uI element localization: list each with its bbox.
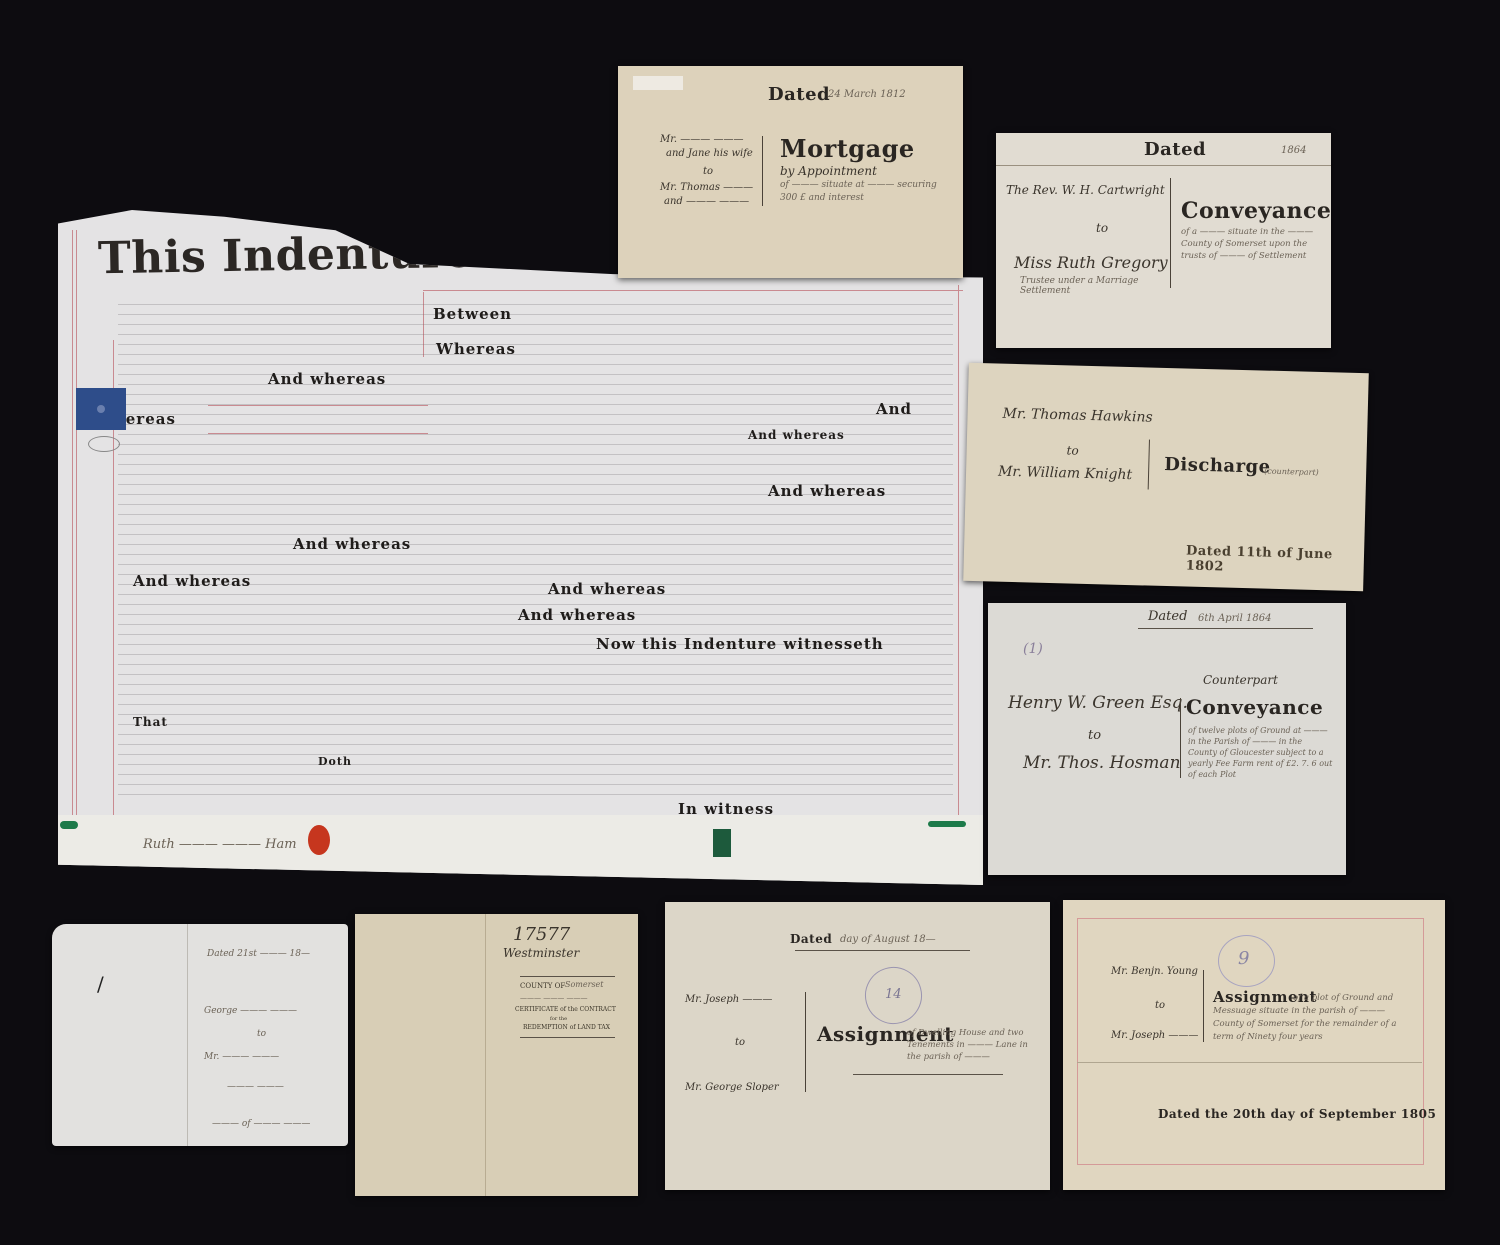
assignment-description: of Dwelling House and two Tenements in —… — [907, 1027, 1042, 1063]
rule-line — [853, 1074, 1003, 1075]
certificate-number: 17577 — [513, 924, 570, 945]
recital-heading: And whereas — [768, 482, 886, 500]
discharge-document: Mr. Thomas Hawkins to Mr. William Knight… — [963, 363, 1369, 591]
indenture-document: This Indenture Between Whereas And where… — [58, 210, 983, 885]
to-label: to — [1096, 221, 1108, 235]
dated-year: 1864 — [1281, 145, 1306, 156]
signature-strip: Ruth ——— ——— Ham — [58, 815, 983, 885]
conveyance-document-1864: Dated 1864 The Rev. W. H. Cartwright to … — [996, 133, 1331, 348]
reference-number: 14 — [885, 987, 902, 1002]
assignment-document-1805: 9 Mr. Benjn. Young to Mr. Joseph ——— Ass… — [1063, 900, 1445, 1190]
recital-heading: And — [876, 400, 912, 418]
embossed-stamp-icon — [88, 436, 120, 452]
counterpart-label: Counterpart — [1203, 673, 1278, 687]
land-tax-certificate-document: 17577 Westminster COUNTY OF Somerset ———… — [355, 914, 638, 1196]
letter-footer: ——— of ——— ——— — [212, 1119, 310, 1129]
dated-line: Dated the 20th day of September 1805 — [1158, 1107, 1436, 1121]
to-label: to — [257, 1029, 266, 1039]
rule-line — [423, 290, 963, 291]
party-to-2: and ——— ——— — [664, 196, 749, 207]
reference-number: 9 — [1238, 948, 1249, 969]
conveyance-title: Conveyance — [1186, 695, 1323, 719]
dated-detail: 6th April 1864 — [1198, 613, 1271, 624]
doth-heading: Doth — [318, 755, 352, 768]
fold-line — [485, 914, 486, 1196]
assignment-description: of a plot of Ground and Messuage situate… — [1213, 992, 1413, 1044]
conveyance-document-green-hosman: Dated 6th April 1864 (1) Counterpart Hen… — [988, 603, 1346, 875]
indenture-title: This Indenture — [98, 227, 474, 285]
recital-heading: And whereas — [518, 606, 636, 624]
fold-line — [187, 924, 188, 1146]
mortgage-subtitle: by Appointment — [780, 164, 877, 178]
dated-heading: Dated — [1148, 609, 1187, 624]
party-from: The Rev. W. H. Cartwright — [1006, 183, 1165, 197]
label-sticker — [633, 76, 683, 90]
dated-detail: day of August 18— — [840, 934, 936, 945]
mortgage-description: of ——— situate at ——— securing 300 £ and… — [780, 179, 950, 205]
margin-line — [76, 230, 77, 820]
for-the-label: for the — [550, 1016, 567, 1022]
letter-note: ——— ——— — [227, 1082, 284, 1092]
party-from-2: and Jane his wife — [666, 148, 753, 159]
margin-line — [72, 230, 73, 820]
party-from: Mr. Thomas Hawkins — [1002, 406, 1153, 426]
blue-duty-stamp — [76, 388, 126, 430]
brace — [1168, 178, 1171, 288]
to-label: to — [703, 166, 713, 177]
mortgage-document: Dated 24 March 1812 Mr. ——— ——— and Jane… — [618, 66, 963, 278]
dated-heading: Dated — [1144, 139, 1206, 160]
green-tab-icon — [928, 821, 966, 827]
certificate-line2: ——— ——— ——— — [520, 994, 587, 1002]
dated-heading: Dated — [768, 84, 830, 105]
brace — [1178, 698, 1181, 778]
rule-line — [795, 950, 970, 951]
party-from: Mr. ——— ——— — [660, 134, 743, 145]
recital-heading: And whereas — [748, 428, 845, 442]
stamp-emblem-icon — [97, 405, 105, 413]
recital-heading: And whereas — [548, 580, 666, 598]
to-label: to — [1066, 443, 1078, 457]
green-seal-icon — [713, 829, 731, 857]
rule-line — [520, 1037, 615, 1038]
between-heading: Between — [433, 305, 512, 323]
reference-number: (1) — [1023, 641, 1043, 657]
mortgage-title: Mortgage — [780, 134, 915, 163]
green-tab-icon — [60, 821, 78, 829]
redemption-label: REDEMPTION of LAND TAX — [523, 1024, 610, 1031]
dated-detail: 24 March 1812 — [828, 89, 906, 100]
folio-mark: / — [97, 972, 104, 996]
party-to: Mr. ——— ——— — [204, 1052, 279, 1062]
rule-line — [1138, 628, 1313, 629]
brace — [758, 136, 763, 206]
margin-line — [958, 285, 959, 820]
dated-heading: Dated — [790, 932, 832, 946]
party-to: Mr. George Sloper — [685, 1082, 779, 1093]
brace — [803, 992, 806, 1092]
party-to: Mr. William Knight — [998, 464, 1132, 484]
folded-letter-document: Dated 21st ——— 18— / George ——— ——— to M… — [52, 924, 348, 1146]
certificate-contract-label: CERTIFICATE of the CONTRACT — [515, 1006, 616, 1013]
whereas-heading: Whereas — [436, 340, 516, 358]
recital-heading: And whereas — [293, 535, 411, 553]
witnesseth-heading: Now this Indenture witnesseth — [596, 635, 884, 653]
conveyance-title: Conveyance — [1181, 198, 1331, 224]
party-to: Mr. Thomas ——— — [660, 182, 753, 193]
red-wax-seal-icon — [308, 825, 330, 855]
discharge-title-note: (counterpart) — [1264, 467, 1319, 477]
to-label: to — [1155, 1000, 1165, 1011]
recital-heading: And whereas — [133, 572, 251, 590]
to-label: to — [735, 1037, 745, 1048]
discharge-title: Discharge — [1164, 454, 1271, 478]
party-to: Mr. Thos. Hosman — [1023, 753, 1181, 773]
that-heading: That — [133, 715, 168, 729]
brace — [1201, 970, 1204, 1042]
party-to-note: Trustee under a Marriage Settlement — [1020, 276, 1150, 296]
party-from: Henry W. Green Esq. — [1008, 693, 1188, 713]
recital-heading: And whereas — [268, 370, 386, 388]
rule-line — [520, 976, 615, 977]
conveyance-description: of a ——— situate in the ——— County of So… — [1181, 226, 1321, 262]
dated-line: Dated 11th of June 1802 — [1185, 544, 1364, 579]
party-to: Miss Ruth Gregory — [1014, 253, 1168, 272]
party-from: Mr. Joseph ——— — [685, 994, 772, 1005]
rule-line — [1077, 1062, 1422, 1063]
brace — [1144, 439, 1150, 489]
certificate-place: Westminster — [503, 946, 579, 960]
rule-line — [996, 165, 1331, 166]
signature: Ruth ——— ——— Ham — [143, 837, 297, 852]
party-from: George ——— ——— — [204, 1006, 297, 1016]
assignment-document-august: Dated day of August 18— 14 Mr. Joseph ——… — [665, 902, 1050, 1190]
to-label: to — [1088, 728, 1101, 743]
conveyance-description: of twelve plots of Ground at ——— in the … — [1188, 725, 1333, 780]
party-from: Mr. Benjn. Young — [1111, 966, 1198, 977]
letter-header: Dated 21st ——— 18— — [207, 949, 310, 959]
party-to: Mr. Joseph ——— — [1111, 1030, 1198, 1041]
handwritten-body — [118, 295, 953, 795]
county-name: Somerset — [565, 980, 604, 989]
county-label: COUNTY OF — [520, 982, 565, 990]
